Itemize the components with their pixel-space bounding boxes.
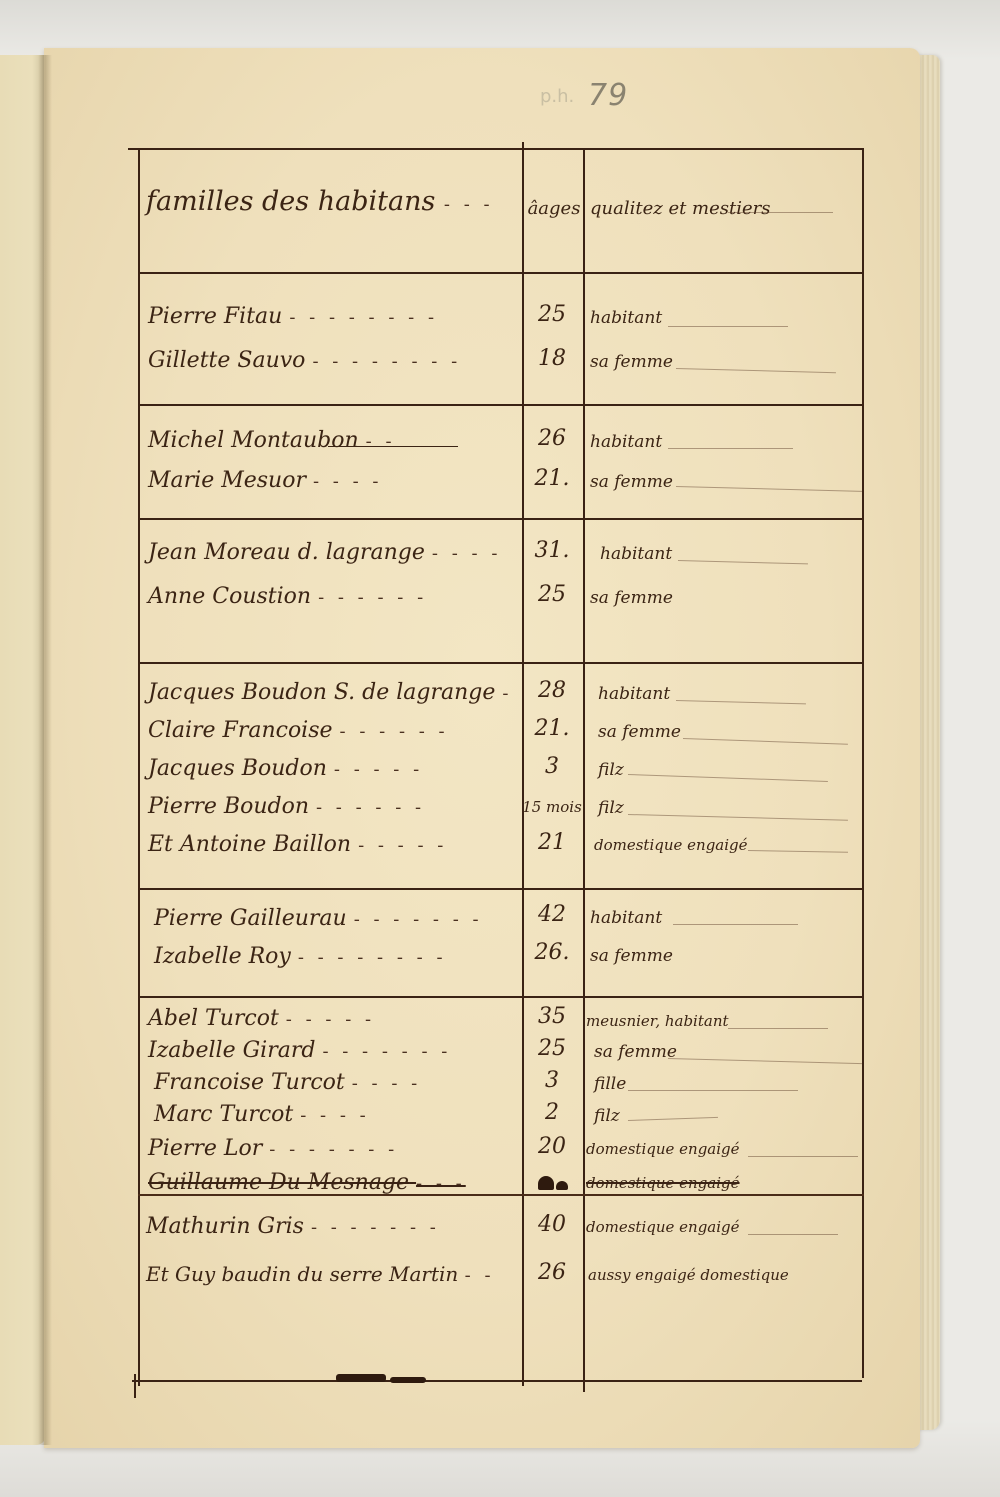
family-6-member-2-name: Izabelle Girard - - - - - - - bbox=[148, 1038, 451, 1063]
family-5-member-2-role: sa femme bbox=[590, 946, 673, 966]
pencil-mark: p.h. bbox=[540, 86, 574, 107]
family-6-member-4-name: Marc Turcot - - - - bbox=[154, 1102, 370, 1127]
family-6-member-4-age: 2 bbox=[524, 1100, 580, 1125]
ink-blot bbox=[336, 1374, 386, 1382]
family-3-member-1-role: habitant bbox=[600, 544, 672, 564]
family-2-member-1-age: 26 bbox=[524, 426, 580, 451]
family-5-member-1-role: habitant bbox=[590, 908, 662, 928]
family-separator bbox=[138, 996, 864, 998]
family-2-member-1-name: Michel Montaubon - - bbox=[148, 428, 396, 453]
family-4-member-5-role: domestique engaigé bbox=[594, 836, 748, 854]
family-4-member-2-name: Claire Francoise - - - - - - bbox=[148, 718, 449, 743]
family-3-member-2-name: Anne Coustion - - - - - - bbox=[148, 584, 427, 609]
table-top-rule bbox=[128, 148, 864, 150]
family-3-member-1-name: Jean Moreau d. lagrange - - - - bbox=[148, 540, 501, 565]
family-4-member-1-role: habitant bbox=[598, 684, 670, 704]
family-1-member-1-name: Pierre Fitau - - - - - - - - bbox=[148, 304, 438, 329]
family-6-member-2-age: 25 bbox=[524, 1036, 580, 1061]
family-4-member-3-age: 3 bbox=[524, 754, 580, 779]
table-bottom-rule bbox=[132, 1380, 862, 1382]
family-4-member-2-role: sa femme bbox=[598, 722, 681, 742]
family-5-member-2-name: Izabelle Roy - - - - - - - - bbox=[154, 944, 447, 969]
family-6-member-5-age: 20 bbox=[524, 1134, 580, 1159]
family-7-member-1-age: 40 bbox=[524, 1212, 580, 1237]
family-6-member-4-role: filz bbox=[594, 1106, 620, 1126]
age-blot bbox=[556, 1181, 568, 1190]
family-3-member-1-age: 31. bbox=[524, 538, 580, 563]
family-3-member-2-role: sa femme bbox=[590, 588, 673, 608]
role-column-rule bbox=[583, 148, 585, 1392]
family-7-member-2-age: 26 bbox=[524, 1260, 580, 1285]
family-6-member-3-age: 3 bbox=[524, 1068, 580, 1093]
family-2-member-2-name: Marie Mesuor - - - - bbox=[148, 468, 382, 493]
family-4-member-5-name: Et Antoine Baillon - - - - - bbox=[148, 832, 447, 857]
family-2-member-2-age: 21. bbox=[524, 466, 580, 491]
corner-tick bbox=[134, 1374, 136, 1398]
family-6-member-6-role-struck: domestique engaigé bbox=[586, 1174, 740, 1192]
age-blot bbox=[538, 1176, 554, 1190]
family-6-member-3-role: fille bbox=[594, 1074, 626, 1094]
family-7-member-2-role: aussy engaigé domestique bbox=[588, 1266, 789, 1284]
family-4-member-1-name: Jacques Boudon S. de lagrange - bbox=[148, 680, 513, 705]
family-6-member-5-role: domestique engaigé bbox=[586, 1140, 740, 1158]
family-6-member-1-role: meusnier, habitant bbox=[586, 1012, 729, 1030]
binding-gutter bbox=[38, 55, 52, 1445]
family-2-member-2-role: sa femme bbox=[590, 472, 673, 492]
header-families: familles des habitans - - - bbox=[146, 186, 494, 217]
header-bottom-rule bbox=[138, 272, 864, 274]
family-4-member-4-name: Pierre Boudon - - - - - - bbox=[148, 794, 425, 819]
family-separator bbox=[138, 518, 864, 520]
family-2-member-1-role: habitant bbox=[590, 432, 662, 452]
family-1-member-2-age: 18 bbox=[524, 346, 580, 371]
family-6-member-6-name-struck: Guillaume Du Mesnage - - - bbox=[148, 1170, 466, 1195]
family-4-member-3-name: Jacques Boudon - - - - - bbox=[148, 756, 423, 781]
family-3-member-2-age: 25 bbox=[524, 582, 580, 607]
family-6-member-1-age: 35 bbox=[524, 1004, 580, 1029]
family-4-member-3-role: filz bbox=[598, 760, 624, 780]
family-7-member-1-role: domestique engaigé bbox=[586, 1218, 740, 1236]
family-5-member-1-age: 42 bbox=[524, 902, 580, 927]
family-4-member-1-age: 28 bbox=[524, 678, 580, 703]
family-4-member-4-role: filz bbox=[598, 798, 624, 818]
census-table: familles des habitans - - - âages qualit… bbox=[128, 148, 864, 1386]
family-4-member-4-age: 15 mois bbox=[520, 798, 584, 816]
folio-number: 79 bbox=[588, 78, 628, 113]
family-1-member-1-age: 25 bbox=[524, 302, 580, 327]
family-5-member-2-age: 26. bbox=[524, 940, 580, 965]
family-4-member-5-age: 21 bbox=[524, 830, 580, 855]
family-1-member-1-role: habitant bbox=[590, 308, 662, 328]
family-5-member-1-name: Pierre Gailleurau - - - - - - - bbox=[154, 906, 483, 931]
family-6-member-5-name: Pierre Lor - - - - - - - bbox=[148, 1136, 398, 1161]
header-ages: âages bbox=[524, 198, 584, 219]
family-6-member-3-name: Francoise Turcot - - - - bbox=[154, 1070, 421, 1095]
family-4-member-2-age: 21. bbox=[524, 716, 580, 741]
family-6-member-1-name: Abel Turcot - - - - - bbox=[148, 1006, 375, 1031]
table-left-rule bbox=[138, 148, 140, 1386]
header-qualities: qualitez et mestiers bbox=[590, 198, 771, 219]
family-7-member-2-name: Et Guy baudin du serre Martin - - bbox=[146, 1262, 495, 1286]
family-separator bbox=[138, 888, 864, 890]
family-7-member-1-name: Mathurin Gris - - - - - - - bbox=[146, 1214, 440, 1239]
family-1-member-2-role: sa femme bbox=[590, 352, 673, 372]
family-1-member-2-name: Gillette Sauvo - - - - - - - - bbox=[148, 348, 461, 373]
family-separator bbox=[138, 662, 864, 664]
family-separator bbox=[138, 404, 864, 406]
ink-blot bbox=[390, 1377, 426, 1383]
family-6-member-2-role: sa femme bbox=[594, 1042, 677, 1062]
